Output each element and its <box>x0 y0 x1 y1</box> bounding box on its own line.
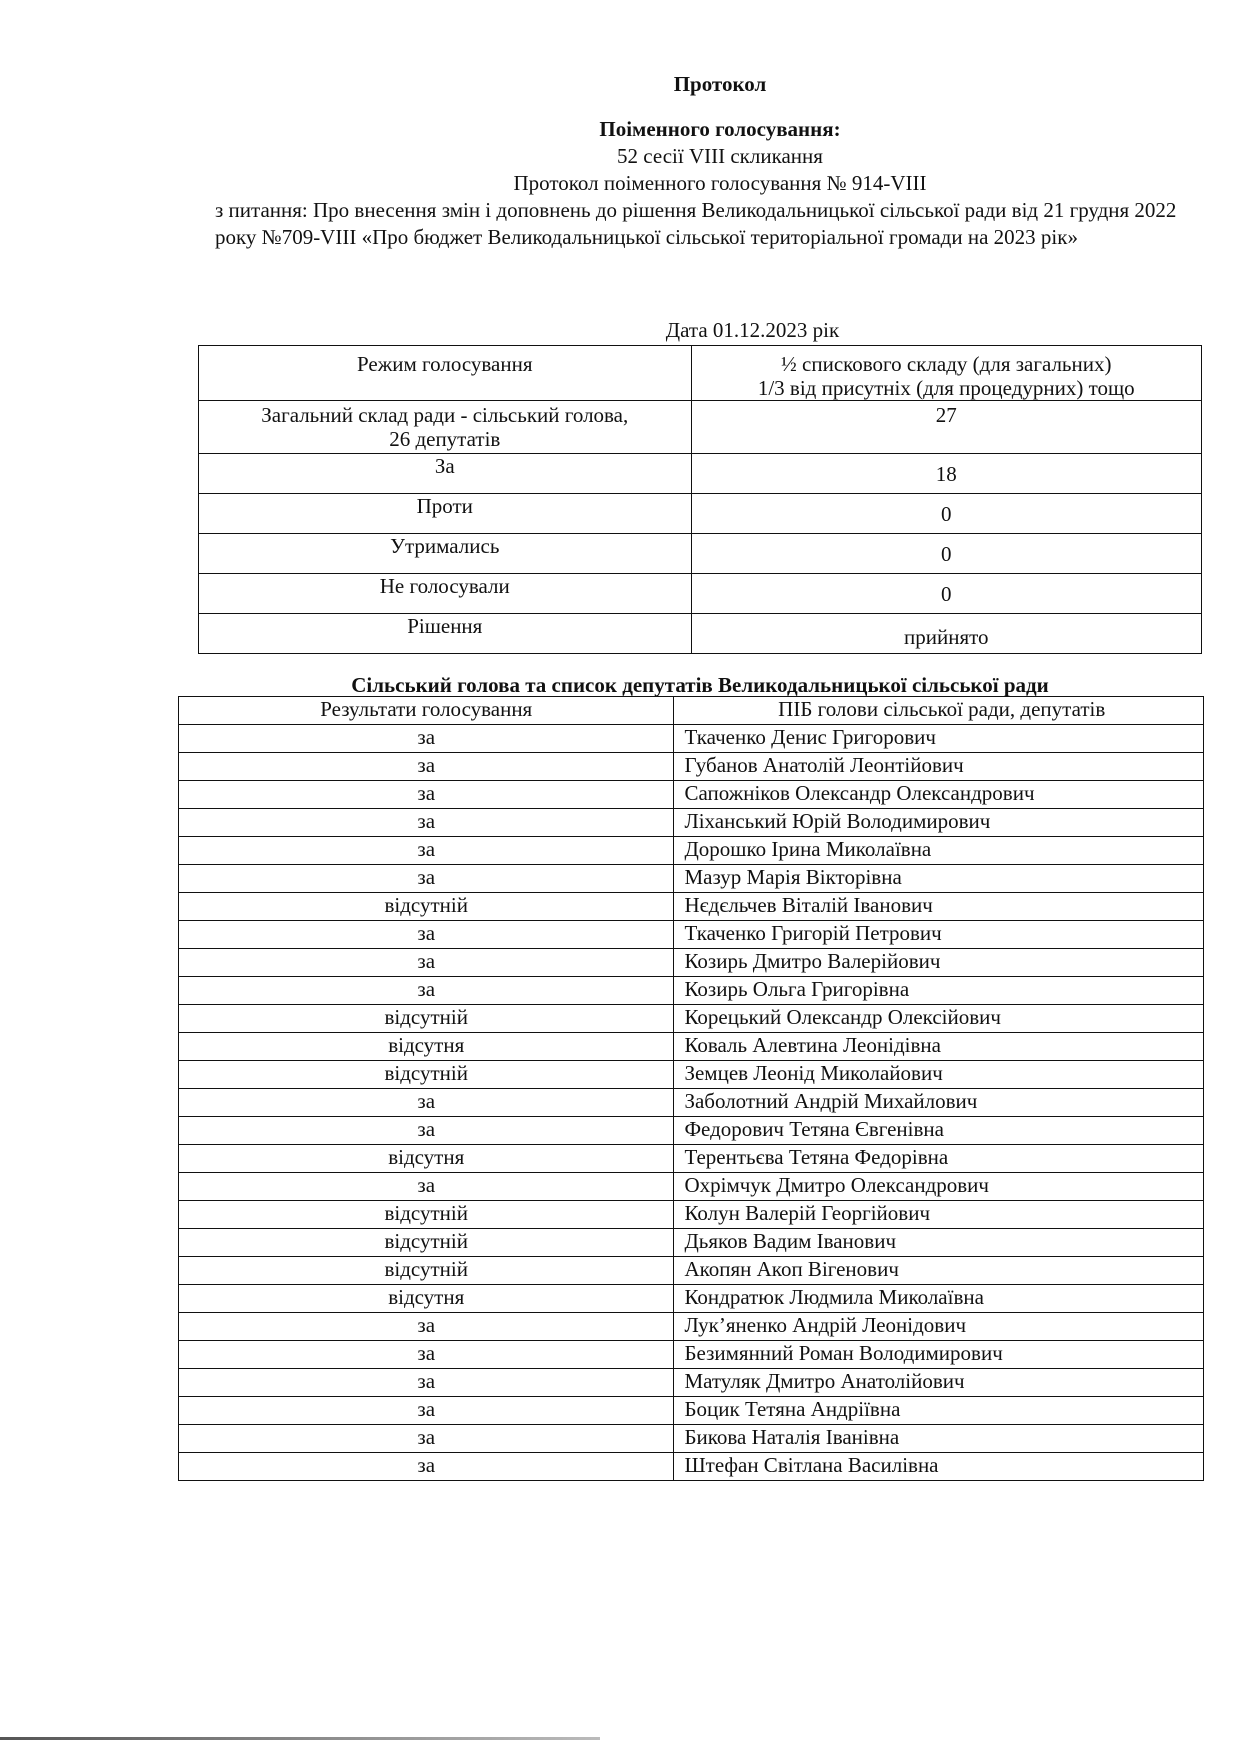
deputy-name: Нєдєльчев Віталій Іванович <box>674 893 1204 921</box>
summary-label-line: 26 депутатів <box>203 427 687 451</box>
deputies-list-title: Сільський голова та список депутатів Вел… <box>180 673 1220 698</box>
table-row: заБикова Наталія Іванівна <box>179 1425 1204 1453</box>
vote-result: за <box>179 1397 674 1425</box>
document-date: Дата 01.12.2023 рік <box>0 318 1240 343</box>
table-row: заЛіханський Юрій Володимирович <box>179 809 1204 837</box>
deputy-name: Акопян Акоп Вігенович <box>674 1257 1204 1285</box>
document-subtitle: Поіменного голосування: <box>0 117 1240 142</box>
vote-result: відсутній <box>179 893 674 921</box>
table-row: заБоцик Тетяна Андріївна <box>179 1397 1204 1425</box>
deputy-name: Дьяков Вадим Іванович <box>674 1229 1204 1257</box>
vote-result: за <box>179 1313 674 1341</box>
deputy-name: Ткаченко Денис Григорович <box>674 725 1204 753</box>
summary-label: Рішення <box>199 614 692 654</box>
vote-result: відсутній <box>179 1061 674 1089</box>
agenda-topic: з питання: Про внесення змін і доповнень… <box>215 197 1215 251</box>
summary-row-total: Загальний склад ради - сільський голова,… <box>199 401 1202 454</box>
summary-label: Режим голосування <box>199 346 692 401</box>
deputy-name: Ліханський Юрій Володимирович <box>674 809 1204 837</box>
table-row: заКозирь Дмитро Валерійович <box>179 949 1204 977</box>
summary-value-line: ½ спискового складу (для загальних) <box>696 352 1197 376</box>
summary-row-against: Проти 0 <box>199 494 1202 534</box>
summary-label: Загальний склад ради - сільський голова,… <box>199 401 692 454</box>
summary-value: 0 <box>691 494 1201 534</box>
vote-result: за <box>179 725 674 753</box>
summary-value: прийнято <box>691 614 1201 654</box>
table-row: відсутнійЗемцев Леонід Миколайович <box>179 1061 1204 1089</box>
vote-result: за <box>179 1425 674 1453</box>
vote-result: за <box>179 1453 674 1481</box>
summary-row-decision: Рішення прийнято <box>199 614 1202 654</box>
deputy-name: Ткаченко Григорій Петрович <box>674 921 1204 949</box>
table-row: відсутняТерентьєва Тетяна Федорівна <box>179 1145 1204 1173</box>
table-row: відсутнійКолун Валерій Георгійович <box>179 1201 1204 1229</box>
table-row: заДорошко Ірина Миколаївна <box>179 837 1204 865</box>
table-row: заМатуляк Дмитро Анатолійович <box>179 1369 1204 1397</box>
summary-value: 18 <box>691 454 1201 494</box>
table-row: відсутнійКорецький Олександр Олексійович <box>179 1005 1204 1033</box>
summary-value: 0 <box>691 534 1201 574</box>
deputy-name: Заболотний Андрій Михайлович <box>674 1089 1204 1117</box>
column-header-result: Результати голосування <box>179 697 674 725</box>
scan-edge-shadow <box>0 1737 600 1740</box>
deputy-name: Мазур Марія Вікторівна <box>674 865 1204 893</box>
vote-result: відсутній <box>179 1229 674 1257</box>
summary-label: Утримались <box>199 534 692 574</box>
table-row: заТкаченко Денис Григорович <box>179 725 1204 753</box>
vote-result: за <box>179 865 674 893</box>
deputy-name: Боцик Тетяна Андріївна <box>674 1397 1204 1425</box>
deputy-name: Дорошко Ірина Миколаївна <box>674 837 1204 865</box>
vote-result: за <box>179 1369 674 1397</box>
vote-result: за <box>179 753 674 781</box>
vote-result: відсутня <box>179 1285 674 1313</box>
summary-value: ½ спискового складу (для загальних) 1/3 … <box>691 346 1201 401</box>
session-line: 52 сесії VIII скликання <box>0 144 1240 169</box>
vote-summary-table: Режим голосування ½ спискового складу (д… <box>198 345 1202 654</box>
summary-row-mode: Режим голосування ½ спискового складу (д… <box>199 346 1202 401</box>
deputy-name: Федорович Тетяна Євгенівна <box>674 1117 1204 1145</box>
table-row: заКозирь Ольга Григорівна <box>179 977 1204 1005</box>
vote-result: за <box>179 977 674 1005</box>
vote-result: за <box>179 949 674 977</box>
table-row: заМазур Марія Вікторівна <box>179 865 1204 893</box>
vote-result: відсутній <box>179 1257 674 1285</box>
deputy-name: Матуляк Дмитро Анатолійович <box>674 1369 1204 1397</box>
deputy-name: Козирь Дмитро Валерійович <box>674 949 1204 977</box>
deputy-name: Охрімчук Дмитро Олександрович <box>674 1173 1204 1201</box>
table-row: заФедорович Тетяна Євгенівна <box>179 1117 1204 1145</box>
deputy-name: Бикова Наталія Іванівна <box>674 1425 1204 1453</box>
summary-value-line: 1/3 від присутніх (для процедурних) тощо <box>696 376 1197 400</box>
vote-result: за <box>179 809 674 837</box>
vote-result: за <box>179 837 674 865</box>
table-row: відсутняКондратюк Людмила Миколаївна <box>179 1285 1204 1313</box>
vote-result: за <box>179 1089 674 1117</box>
vote-result: відсутній <box>179 1201 674 1229</box>
summary-row-not-voted: Не голосували 0 <box>199 574 1202 614</box>
table-row: заОхрімчук Дмитро Олександрович <box>179 1173 1204 1201</box>
vote-result: за <box>179 921 674 949</box>
vote-result: відсутній <box>179 1005 674 1033</box>
deputy-name: Штефан Світлана Василівна <box>674 1453 1204 1481</box>
vote-result: за <box>179 1117 674 1145</box>
table-row: заЗаболотний Андрій Михайлович <box>179 1089 1204 1117</box>
table-row: відсутнійАкопян Акоп Вігенович <box>179 1257 1204 1285</box>
deputies-vote-table: Результати голосування ПІБ голови сільсь… <box>178 696 1204 1481</box>
summary-row-for: За 18 <box>199 454 1202 494</box>
table-row: заГубанов Анатолій Леонтійович <box>179 753 1204 781</box>
table-row: відсутняКоваль Алевтина Леонідівна <box>179 1033 1204 1061</box>
deputy-name: Коваль Алевтина Леонідівна <box>674 1033 1204 1061</box>
deputy-name: Лук’яненко Андрій Леонідович <box>674 1313 1204 1341</box>
deputy-name: Козирь Ольга Григорівна <box>674 977 1204 1005</box>
deputy-name: Земцев Леонід Миколайович <box>674 1061 1204 1089</box>
deputy-name: Терентьєва Тетяна Федорівна <box>674 1145 1204 1173</box>
summary-label: За <box>199 454 692 494</box>
summary-label: Не голосували <box>199 574 692 614</box>
column-header-name: ПІБ голови сільської ради, депутатів <box>674 697 1204 725</box>
protocol-number: Протокол поіменного голосування № 914-VI… <box>0 171 1240 196</box>
summary-label: Проти <box>199 494 692 534</box>
deputy-name: Губанов Анатолій Леонтійович <box>674 753 1204 781</box>
deputy-name: Корецький Олександр Олексійович <box>674 1005 1204 1033</box>
table-row: відсутнійДьяков Вадим Іванович <box>179 1229 1204 1257</box>
summary-value: 27 <box>691 401 1201 454</box>
deputy-name: Сапожніков Олександр Олександрович <box>674 781 1204 809</box>
summary-label-line: Загальний склад ради - сільський голова, <box>203 403 687 427</box>
table-row: заТкаченко Григорій Петрович <box>179 921 1204 949</box>
summary-row-abstained: Утримались 0 <box>199 534 1202 574</box>
vote-result: відсутня <box>179 1033 674 1061</box>
table-row: відсутнійНєдєльчев Віталій Іванович <box>179 893 1204 921</box>
table-row: заСапожніков Олександр Олександрович <box>179 781 1204 809</box>
table-row: заБезимянний Роман Володимирович <box>179 1341 1204 1369</box>
table-row: заЛук’яненко Андрій Леонідович <box>179 1313 1204 1341</box>
table-row: заШтефан Світлана Василівна <box>179 1453 1204 1481</box>
deputy-name: Кондратюк Людмила Миколаївна <box>674 1285 1204 1313</box>
vote-result: за <box>179 781 674 809</box>
vote-result: за <box>179 1173 674 1201</box>
document-title: Протокол <box>0 72 1240 97</box>
summary-value: 0 <box>691 574 1201 614</box>
deputy-name: Безимянний Роман Володимирович <box>674 1341 1204 1369</box>
deputy-name: Колун Валерій Георгійович <box>674 1201 1204 1229</box>
vote-result: за <box>179 1341 674 1369</box>
table-header-row: Результати голосування ПІБ голови сільсь… <box>179 697 1204 725</box>
vote-result: відсутня <box>179 1145 674 1173</box>
